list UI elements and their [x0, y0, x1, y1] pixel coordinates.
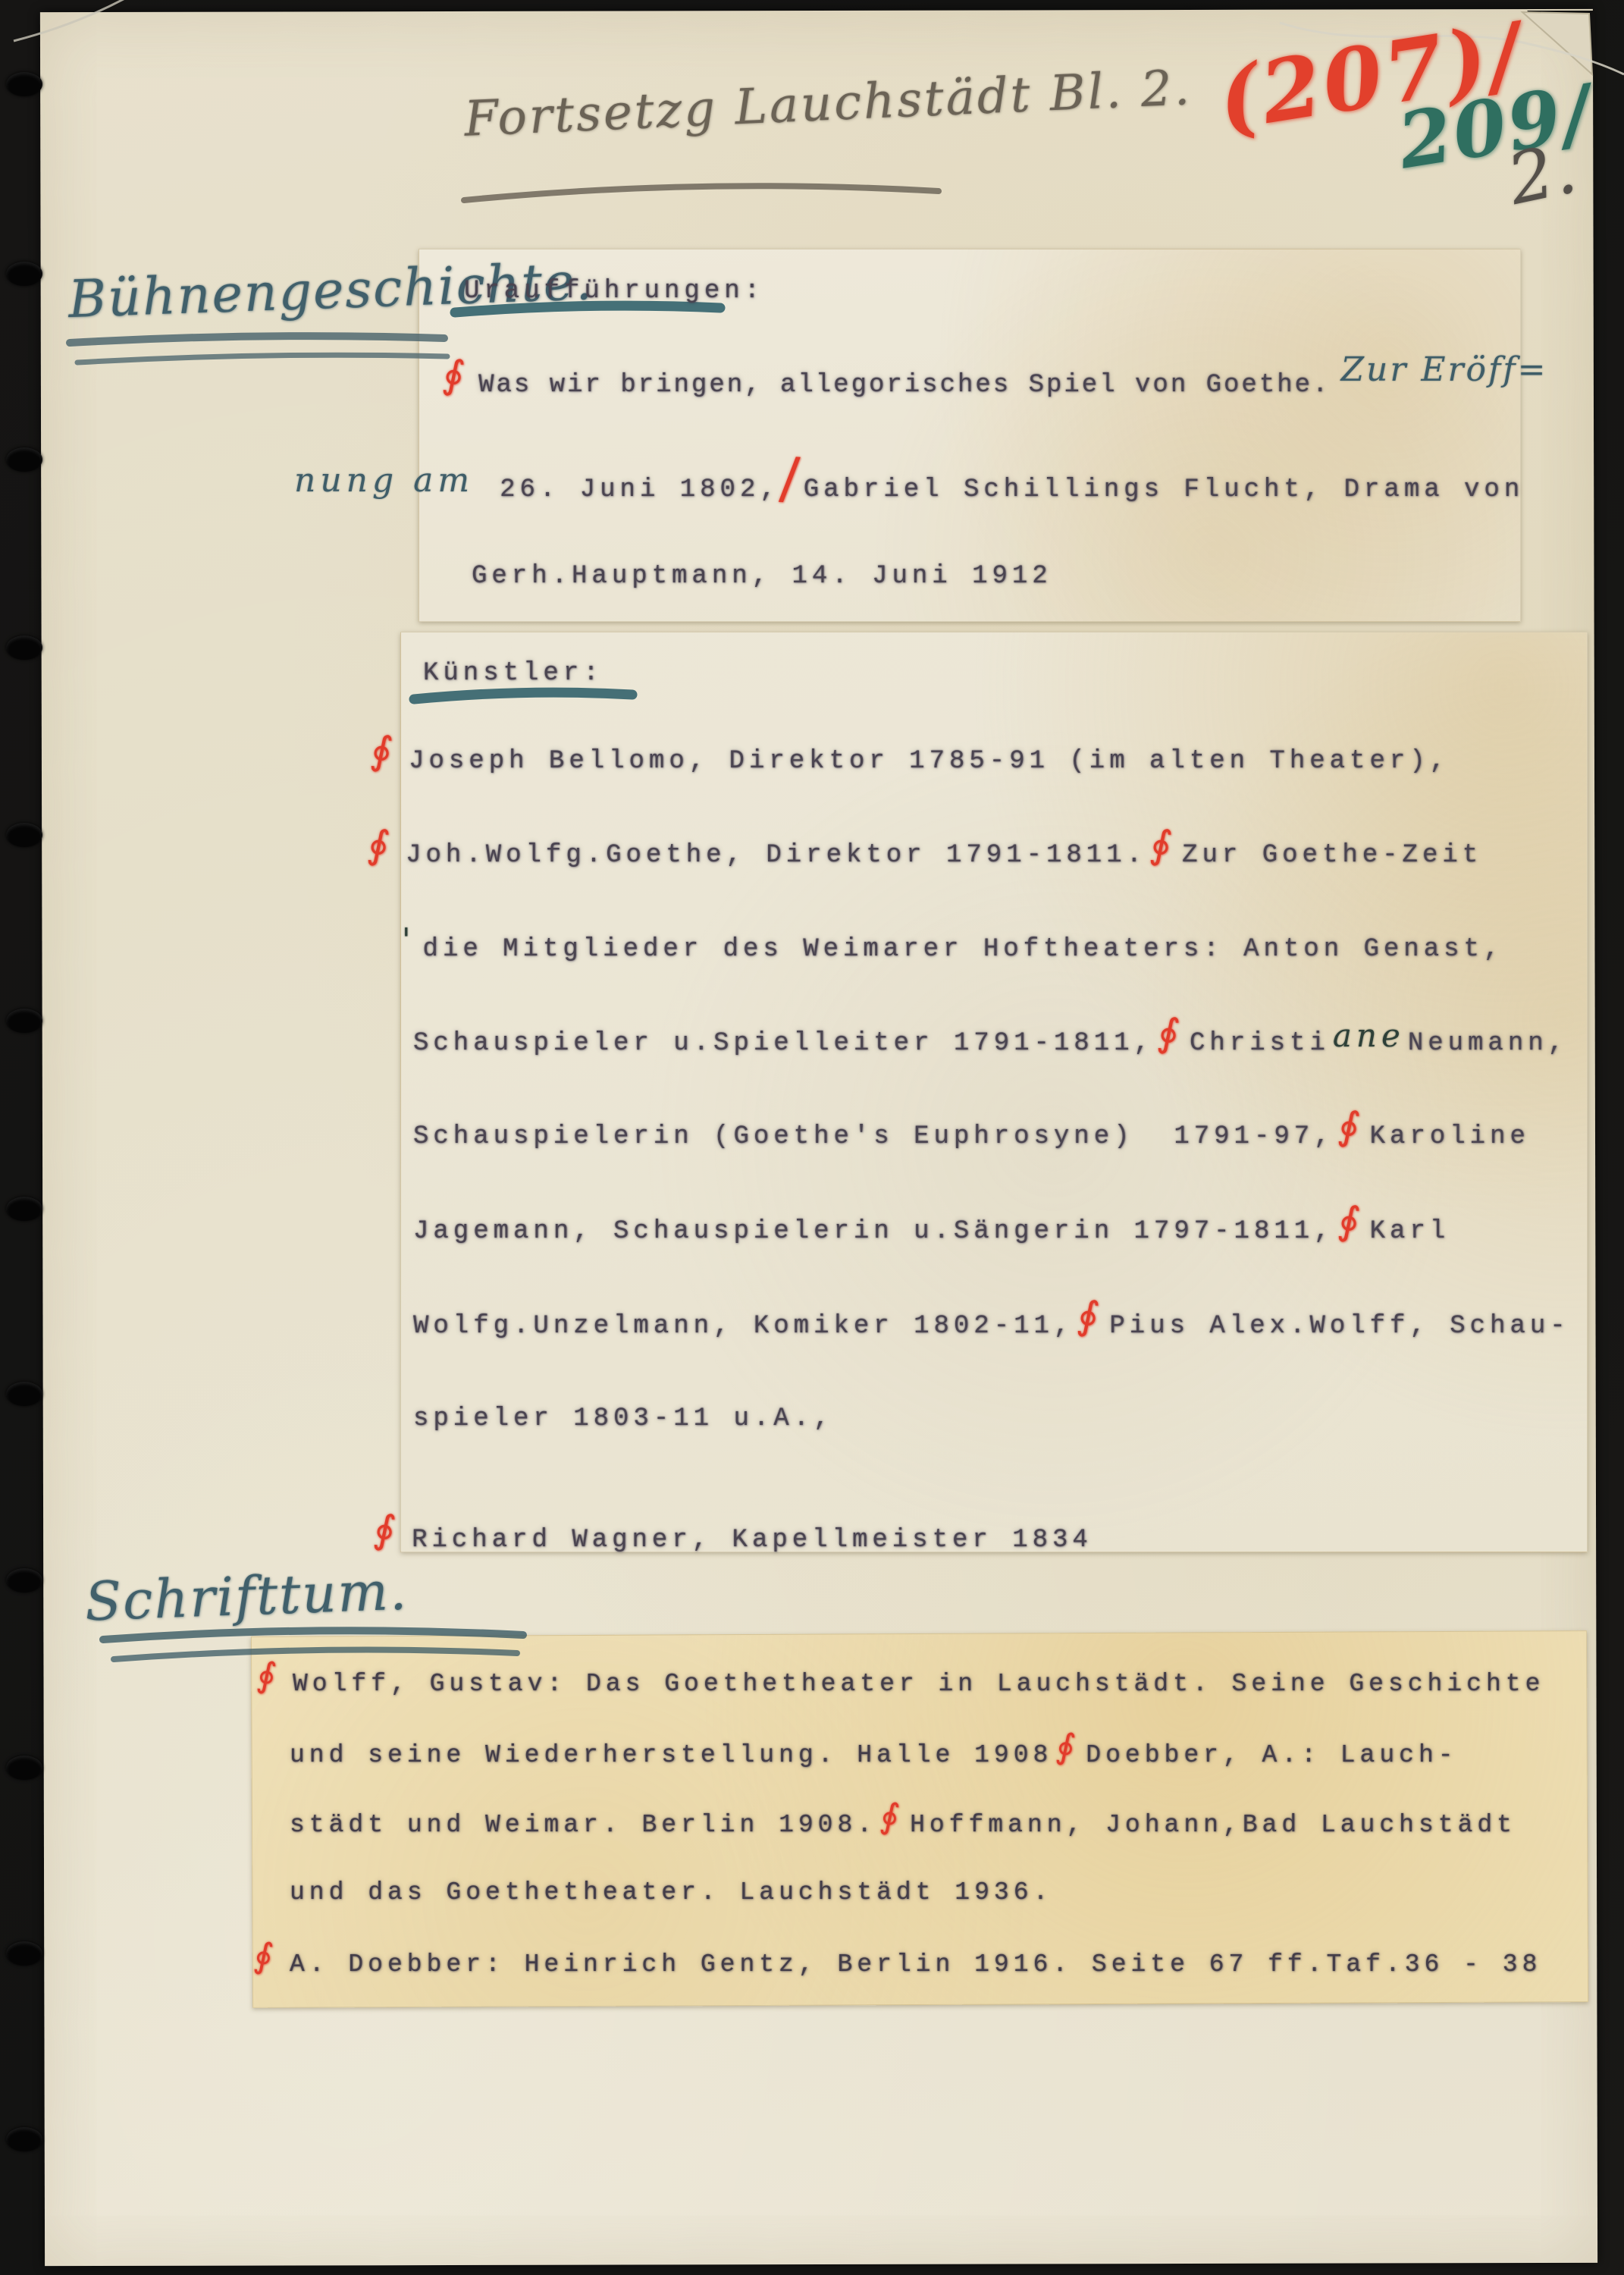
artists-line3-text: die Mitglieder des Weimarer Hoftheaters:…	[423, 935, 1504, 964]
artists-line1-text: Joseph Bellomo, Direktor 1785-91 (im alt…	[409, 747, 1450, 776]
punch-hole	[6, 72, 42, 96]
artists-line4-text-c: Neumann,	[1408, 1029, 1568, 1058]
typed-line: nung am26. Juni 1802,/Gabriel Schillings…	[294, 464, 1524, 507]
typed-line: ∮Wolff, Gustav: Das Goethetheater in Lau…	[258, 1665, 1544, 1701]
typed-line: und das Goethetheater. Lauchstädt 1936.	[290, 1876, 1052, 1909]
deletion-slash-icon: /	[779, 465, 804, 492]
typed-line: Wolfg.Unzelmann, Komiker 1802-11,∮Pius A…	[413, 1307, 1570, 1343]
deleatur-mark-icon: ∮	[1149, 831, 1178, 861]
typed-line: ∮Richard Wagner, Kapellmeister 1834	[375, 1520, 1093, 1557]
punch-hole	[6, 2127, 42, 2151]
typed-line: städt und Weimar. Berlin 1908.∮Hoffmann,…	[290, 1806, 1516, 1842]
deleatur-mark-icon: ∮	[367, 831, 396, 861]
deleatur-mark-icon: ∮	[373, 1516, 402, 1545]
punch-hole	[6, 823, 42, 847]
punch-hole	[6, 1756, 42, 1780]
punch-hole	[6, 1568, 42, 1592]
typed-line: Gerh.Hauptmann, 14. Juni 1912	[472, 560, 1052, 593]
punch-hole	[6, 635, 42, 660]
scan-background: Fortsetzg Lauchstädt Bl. 2. (207)/ 209/ …	[0, 0, 1624, 2275]
deleatur-mark-icon: ∮	[370, 737, 399, 767]
typed-line: spieler 1803-11 u.A.,	[413, 1402, 833, 1436]
deleatur-mark-icon: ∮	[1077, 1302, 1105, 1332]
deleatur-mark-icon: ∮	[442, 361, 469, 390]
typed-line: ∮Joseph Bellomo, Direktor 1785-91 (im al…	[372, 742, 1450, 778]
deleatur-mark-icon: ∮	[1337, 1207, 1365, 1237]
artists-line7-text-b: Pius Alex.Wolff, Schau-	[1109, 1312, 1569, 1341]
artists-line5-text-b: Karoline	[1370, 1122, 1530, 1151]
typed-line: Schauspieler u.Spielleiter 1791-1811,∮Ch…	[413, 1022, 1568, 1060]
artists-line8-text: spieler 1803-11 u.A.,	[413, 1404, 833, 1433]
typed-line: Schauspielerin (Goethe's Euphrosyne) 179…	[413, 1117, 1530, 1153]
artists-line2-text-a: Joh.Wolfg.Goethe, Direktor 1791-1811.	[406, 841, 1146, 870]
punch-hole	[6, 1197, 42, 1221]
deleatur-mark-icon: ∮	[1337, 1112, 1365, 1142]
premieres-line1-annotation: Zur Eröff=	[1340, 353, 1547, 387]
typed-line: und seine Wiederherstellung. Halle 1908∮…	[290, 1737, 1458, 1772]
literature-line3-text-b: Hoffmann, Johann,Bad Lauchstädt	[910, 1811, 1516, 1839]
typed-line: Jagemann, Schauspielerin u.Sängerin 1797…	[413, 1212, 1450, 1248]
premieres-line1-text: Was wir bringen, allegorisches Spiel von…	[478, 371, 1330, 400]
premieres-line2-text-a: 26. Juni 1802,	[500, 475, 780, 504]
literature-line4-text: und das Goethetheater. Lauchstädt 1936.	[290, 1878, 1052, 1906]
typed-line: ∮Joh.Wolfg.Goethe, Direktor 1791-1811.∮Z…	[368, 836, 1482, 872]
deleatur-mark-icon: ∮	[1055, 1732, 1082, 1761]
punch-hole	[6, 1009, 42, 1033]
punch-hole	[6, 447, 42, 472]
premieres-heading: Uraufführungen:	[464, 275, 764, 308]
artists-line4-text-b: Christi	[1190, 1029, 1330, 1058]
premieres-line2-annotation: nung am	[294, 464, 474, 497]
margin-heading-literature: Schrifttum.	[84, 1560, 409, 1633]
premieres-line2-text-b: Gabriel Schillings Flucht, Drama von	[804, 475, 1525, 504]
artists-line2-text-b: Zur Goethe-Zeit	[1182, 841, 1482, 870]
artists-line6-text-b: Karl	[1370, 1217, 1450, 1246]
artists-line6-text-a: Jagemann, Schauspielerin u.Sängerin 1797…	[413, 1217, 1334, 1246]
punch-hole	[6, 1382, 42, 1406]
literature-line5-text: A. Doebber: Heinrich Gentz, Berlin 1916.…	[290, 1950, 1541, 1978]
ink-tick-mark: '	[402, 924, 415, 957]
artists-line4-text-a: Schauspieler u.Spielleiter 1791-1811,	[413, 1029, 1154, 1058]
artists-heading: Künstler:	[423, 657, 604, 690]
artists-line4-correction: ane	[1333, 1019, 1405, 1053]
artists-line7-text-a: Wolfg.Unzelmann, Komiker 1802-11,	[413, 1312, 1074, 1341]
typed-line: ∮Was wir bringen, allegorisches Spiel vo…	[444, 364, 1547, 402]
deleatur-mark-icon: ∮	[256, 1661, 283, 1690]
premieres-line3-text: Gerh.Hauptmann, 14. Juni 1912	[472, 562, 1052, 591]
typed-line: 'die Mitglieder des Weimarer Hoftheaters…	[402, 928, 1503, 966]
punch-hole	[6, 262, 42, 286]
punch-hole	[6, 1941, 42, 1966]
deleatur-mark-icon: ∮	[253, 1941, 280, 1970]
artists-line5-text-a: Schauspielerin (Goethe's Euphrosyne) 179…	[413, 1122, 1334, 1151]
typed-line: ∮A. Doebber: Heinrich Gentz, Berlin 1916…	[255, 1946, 1541, 1982]
literature-line2-text-b: Doebber, A.: Lauch-	[1086, 1741, 1457, 1769]
deleatur-mark-icon: ∮	[1156, 1019, 1185, 1049]
literature-line2-text-a: und seine Wiederherstellung. Halle 1908	[290, 1741, 1052, 1769]
literature-line3-text-a: städt und Weimar. Berlin 1908.	[290, 1811, 876, 1839]
artists-line9-text: Richard Wagner, Kapellmeister 1834	[412, 1526, 1093, 1555]
deleatur-mark-icon: ∮	[879, 1802, 906, 1831]
literature-line1-text: Wolff, Gustav: Das Goethetheater in Lauc…	[293, 1670, 1544, 1698]
